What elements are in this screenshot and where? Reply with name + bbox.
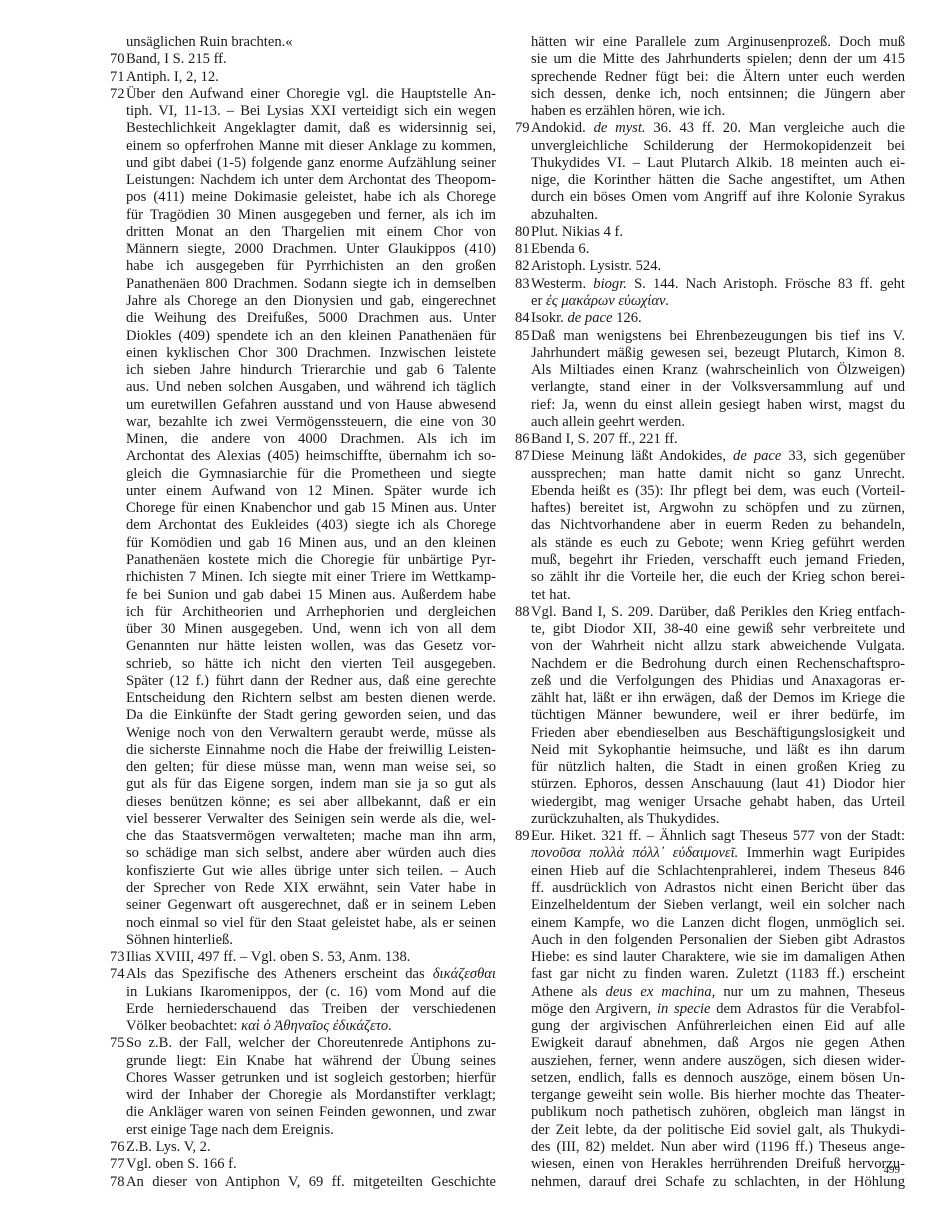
footnote-line: einem so opferfrohen Manne mit dieser An… xyxy=(126,138,496,155)
footnote-line: Vgl. oben S. 166 f. xyxy=(126,1156,496,1173)
footnote-line: möge den Argivern, in specie dem Adrasto… xyxy=(531,1001,905,1018)
footnote-line: Jahre als Chorege an den Dionysien und g… xyxy=(126,293,496,310)
footnote-number: 70 xyxy=(110,51,125,68)
footnote-76: 76Z.B. Lys. V, 2. xyxy=(110,1139,496,1156)
italic-text: de myst. xyxy=(594,120,646,136)
footnote-line: Diokles (409) spendete ich an den kleine… xyxy=(126,328,496,345)
footnote-line: so zählt ihr die Vorteile her, die euch … xyxy=(531,569,905,586)
footnote-number: 89 xyxy=(515,828,530,845)
footnote-line: Als das Spezifische des Atheners erschei… xyxy=(126,966,496,983)
footnote-line: So z.B. der Fall, welcher der Choreutenr… xyxy=(126,1035,496,1052)
footnote-line: An dieser von Antiphon V, 69 ff. mitgete… xyxy=(126,1174,496,1191)
footnote-continuation: hätten wir eine Parallele zum Arginusenp… xyxy=(515,34,905,120)
footnote-line: einen kyklischen Chor 300 Drachmen. Inzw… xyxy=(126,345,496,362)
italic-text: δικάζεσθαι xyxy=(433,966,496,982)
footnote-71: 71Antiph. I, 2, 12. xyxy=(110,69,496,86)
footnote-line: grunde liegt: Ein Knabe hat während der … xyxy=(126,1053,496,1070)
footnote-line: Genannten nur hätte leisten wollen, was … xyxy=(126,638,496,655)
footnote-line: ff. ausdrücklich von Adrastos nicht eine… xyxy=(531,880,905,897)
footnote-line: abzuhalten. xyxy=(531,207,905,224)
footnote-line: in Lukians Ikaromenippos, der (c. 16) vo… xyxy=(126,984,496,1001)
footnote-81: 81Ebenda 6. xyxy=(515,241,905,258)
footnote-line: von der Wahrheit nicht allzu stark abwei… xyxy=(531,638,905,655)
footnote-line: Erde herniederschauend das Treiben der v… xyxy=(126,1001,496,1018)
footnote-84: 84Isokr. de pace 126. xyxy=(515,310,905,327)
footnote-line: Panathenäen 800 Drachmen. Sodann siegte … xyxy=(126,276,496,293)
footnote-line: Antiph. I, 2, 12. xyxy=(126,69,496,86)
footnote-86: 86Band I, S. 207 ff., 221 ff. xyxy=(515,431,905,448)
footnote-line: und gibt dabei (1-5) folgende ganz enorm… xyxy=(126,155,496,172)
footnote-line: viel besserer Verwalter des Seinigen sei… xyxy=(126,811,496,828)
footnote-number: 81 xyxy=(515,241,530,258)
footnote-line: wiesen, einen von Herakles herrührenden … xyxy=(531,1156,905,1173)
footnote-number: 82 xyxy=(515,258,530,275)
footnote-line: er ἐς μακάρων εὐωχίαν. xyxy=(531,293,905,310)
footnote-87: 87Diese Meinung läßt Andokides, de pace … xyxy=(515,448,905,603)
footnote-line: Entscheidung den Richtern selbst am best… xyxy=(126,690,496,707)
footnote-number: 75 xyxy=(110,1035,125,1052)
footnote-line: auch allein geehrt werden. xyxy=(531,414,905,431)
footnote-line: haben es erzählen hören, wie ich. xyxy=(531,103,905,120)
footnote-line: te, gibt Diodor XII, 38-40 eine gewiß se… xyxy=(531,621,905,638)
footnote-line: war, bezahlte ich zwei Vermögenssteuern,… xyxy=(126,414,496,431)
footnote-line: che das Staatsvermögen verwalteten; mach… xyxy=(126,828,496,845)
footnote-line: konfiszierte Gut wie alles übrige unter … xyxy=(126,863,496,880)
footnote-line: Panathenäen kostete mich die Choregie fü… xyxy=(126,552,496,569)
footnote-line: Nachdem er die Bedrohung durch einen Rec… xyxy=(531,656,905,673)
italic-text: καὶ ὁ Ἀθηναῖος ἐδικάζετο. xyxy=(241,1018,392,1034)
footnote-line: setzen, endlich, falls es dennoch auszög… xyxy=(531,1070,905,1087)
footnote-line: unvergleichliche Schilderung der Hermoko… xyxy=(531,138,905,155)
footnote-line: Diese Meinung läßt Andokides, de pace 33… xyxy=(531,448,905,465)
footnote-line: ich sieben Jahre hindurch Trierarchie un… xyxy=(126,362,496,379)
footnote-number: 83 xyxy=(515,276,530,293)
footnote-line: nige, die Korinther hätten die Sache ang… xyxy=(531,172,905,189)
footnote-line: rief: Ja, wenn du einst allein gesiegt h… xyxy=(531,397,905,414)
footnote-line: für Komödien und gab 16 Minen aus, und a… xyxy=(126,535,496,552)
footnote-72: 72Über den Aufwand einer Choregie vgl. d… xyxy=(110,86,496,949)
italic-text: de pace xyxy=(567,310,612,326)
footnote-70: 70Band, I S. 215 ff. xyxy=(110,51,496,68)
footnote-line: sie um die Mitte des Jahrhunderts spiele… xyxy=(531,51,905,68)
italic-text: biogr. xyxy=(593,276,627,292)
footnote-line: Ewigkeit darauf abnehmen, daß Argos nie … xyxy=(531,1035,905,1052)
footnote-line: Über den Aufwand einer Choregie vgl. die… xyxy=(126,86,496,103)
footnote-line: Andokid. de myst. 36. 43 ff. 20. Man ver… xyxy=(531,120,905,137)
footnote-line: der Sprecher von Rede XIX erwähnt, sein … xyxy=(126,880,496,897)
footnote-line: Westerm. biogr. S. 144. Nach Aristoph. F… xyxy=(531,276,905,293)
footnote-line: so schädige man sich selbst, andere aber… xyxy=(126,845,496,862)
footnote-line: Athene als deus ex machina, nur um zu ma… xyxy=(531,984,905,1001)
footnote-line: Ebenda 6. xyxy=(531,241,905,258)
footnote-line: hätten wir eine Parallele zum Arginusenp… xyxy=(531,34,905,51)
footnote-85: 85Daß man wenigstens bei Ehrenbezeugunge… xyxy=(515,328,905,432)
footnote-line: zählt hat, läßt er ihn erwägen, daß der … xyxy=(531,690,905,707)
footnote-line: die sicherste Einnahme noch die Habe der… xyxy=(126,742,496,759)
footnote-line: Wenige noch von den Verwaltern geraubt w… xyxy=(126,725,496,742)
footnote-number: 76 xyxy=(110,1139,125,1156)
footnote-line: verlangte, stand einer in der Volksversa… xyxy=(531,379,905,396)
footnote-line: publikum noch pathetisch zuhören, obglei… xyxy=(531,1104,905,1121)
footnote-line: unter einem Aufwand von 12 Minen. Später… xyxy=(126,483,496,500)
footnote-line: rhichisten 7 Minen. Ich siegte mit einer… xyxy=(126,569,496,586)
footnote-line: Band I, S. 207 ff., 221 ff. xyxy=(531,431,905,448)
footnote-line: Als Miltiades einen Kranz (wahrscheinlic… xyxy=(531,362,905,379)
footnote-line: Aristoph. Lysistr. 524. xyxy=(531,258,905,275)
footnote-line: Jahrhundert mäßig gewesen sei, bezeugt P… xyxy=(531,345,905,362)
footnote-line: Auch in den folgenden Personalien der Si… xyxy=(531,932,905,949)
footnote-74: 74Als das Spezifische des Atheners ersch… xyxy=(110,966,496,1035)
footnote-line: tet hat. xyxy=(531,587,905,604)
footnote-line: der Zeit lebte, da der politische Eid so… xyxy=(531,1122,905,1139)
footnote-number: 87 xyxy=(515,448,530,465)
footnote-number: 80 xyxy=(515,224,530,241)
footnote-line: nehmen, darauf drei Schafe zu schlachten… xyxy=(531,1174,905,1191)
footnote-line: Chorege für einen Knabenchor und gab 15 … xyxy=(126,500,496,517)
footnote-line: dieses benützen könne; es sei aber allbe… xyxy=(126,794,496,811)
footnote-78: 78An dieser von Antiphon V, 69 ff. mitge… xyxy=(110,1174,496,1191)
footnote-line: gleich die Gymnasiarchie für die Prometh… xyxy=(126,466,496,483)
footnote-number: 84 xyxy=(515,310,530,327)
footnote-line: Ilias XVIII, 497 ff. – Vgl. oben S. 53, … xyxy=(126,949,496,966)
italic-text: ἐς μακάρων εὐωχίαν. xyxy=(546,293,669,309)
page-number: 499 xyxy=(860,1164,900,1176)
footnote-line: des (III, 82) meldet. Nun aber wird (119… xyxy=(531,1139,905,1156)
footnote-line: tiph. VI, 11-13. – Bei Lysias XXI vertei… xyxy=(126,103,496,120)
footnote-line: Minen, die andere von 4000 Drachmen. Als… xyxy=(126,431,496,448)
footnote-number: 73 xyxy=(110,949,125,966)
footnote-line: über 30 Minen ausgegeben. Und, wenn ich … xyxy=(126,621,496,638)
footnote-line: wiedergibt, mag weniger Ursache gehabt h… xyxy=(531,794,905,811)
footnote-number: 78 xyxy=(110,1174,125,1191)
footnote-line: dem Archontat des Eukleides (403) siegte… xyxy=(126,517,496,534)
footnote-line: Vgl. Band I, S. 209. Darüber, daß Perikl… xyxy=(531,604,905,621)
italic-text: deus ex machina, xyxy=(606,984,716,1000)
footnote-line: unsäglichen Ruin brachten.« xyxy=(126,34,496,51)
footnote-line: Ebenda heißt es (35): Ihr pflegt bei dem… xyxy=(531,483,905,500)
footnote-line: um euretwillen Gefahren ausstand und von… xyxy=(126,397,496,414)
footnote-79: 79Andokid. de myst. 36. 43 ff. 20. Man v… xyxy=(515,120,905,224)
footnote-line: aus. Und neben solchen Ausgaben, und wäh… xyxy=(126,379,496,396)
footnote-line: aussprechen; man hatte damit nicht so ga… xyxy=(531,466,905,483)
footnote-line: seiner Gegenwart oft ausgerechnet, daß e… xyxy=(126,897,496,914)
footnote-line: für Tragödien 30 Minen ausgegeben und fe… xyxy=(126,207,496,224)
footnote-line: Neid mit Sykophantie heimsuche, und läßt… xyxy=(531,742,905,759)
footnotes-right-column: hätten wir eine Parallele zum Arginusenp… xyxy=(515,34,905,1191)
footnote-line: die Weihung des Dreifußes, 5000 Drachmen… xyxy=(126,310,496,327)
footnote-number: 79 xyxy=(515,120,530,137)
footnote-line: haftes) bereitet ist, Argwohn zu schöpfe… xyxy=(531,500,905,517)
footnote-73: 73Ilias XVIII, 497 ff. – Vgl. oben S. 53… xyxy=(110,949,496,966)
footnote-line: gung der argivischen Anführerleichen ein… xyxy=(531,1018,905,1035)
footnote-line: Männern siegte, 2000 Drachmen. Unter Gla… xyxy=(126,241,496,258)
footnote-88: 88Vgl. Band I, S. 209. Darüber, daß Peri… xyxy=(515,604,905,828)
footnote-line: einen Hieb auf die Schlachtenprahlerei, … xyxy=(531,863,905,880)
footnote-number: 88 xyxy=(515,604,530,621)
footnote-83: 83Westerm. biogr. S. 144. Nach Aristoph.… xyxy=(515,276,905,311)
footnote-line: durch ein böses Omen vom Angriff auf ihr… xyxy=(531,189,905,206)
footnotes-left-column: unsäglichen Ruin brachten.«70Band, I S. … xyxy=(110,34,496,1191)
footnote-82: 82Aristoph. Lysistr. 524. xyxy=(515,258,905,275)
footnote-line: ausziehen, ferner, wenn andere auszögen,… xyxy=(531,1053,905,1070)
footnote-line: erst einige Tage nach dem Ereignis. xyxy=(126,1122,496,1139)
book-page: unsäglichen Ruin brachten.«70Band, I S. … xyxy=(0,0,935,1210)
footnote-line: Einzelheldentum der Sieben verlangt, wei… xyxy=(531,897,905,914)
footnote-80: 80Plut. Nikias 4 f. xyxy=(515,224,905,241)
footnote-line: den gelten; für diese müsse man, wenn ma… xyxy=(126,759,496,776)
footnote-line: Bestechlichkeit Angeklagter damit, daß e… xyxy=(126,120,496,137)
footnote-line: zeß und die Verfolgungen des Phidias und… xyxy=(531,673,905,690)
footnote-line: sich dessen, denke ich, noch entsinnen; … xyxy=(531,86,905,103)
footnote-line: Da die Einkünfte der Stadt gering geword… xyxy=(126,707,496,724)
footnote-line: Völker beobachtet: καὶ ὁ Ἀθηναῖος ἐδικάζ… xyxy=(126,1018,496,1035)
footnote-line: Leistungen: Nachdem ich unter dem Archon… xyxy=(126,172,496,189)
footnote-number: 71 xyxy=(110,69,125,86)
footnote-line: Hiebe: es sind lauter Charaktere, wie si… xyxy=(531,949,905,966)
footnote-number: 86 xyxy=(515,431,530,448)
footnote-89: 89Eur. Hiket. 321 ff. – Ähnlich sagt The… xyxy=(515,828,905,1191)
footnote-line: Archontat des Alexias (405) heimschiffte… xyxy=(126,448,496,465)
footnote-line: πονοῦσα πολλὰ πόλλ᾽ εὐδαιμονεῖ. Immerhin… xyxy=(531,845,905,862)
footnote-line: ich für Architheorien und Arrhephorien u… xyxy=(126,604,496,621)
footnote-line: Chores Wasser getrunken und ist sogleich… xyxy=(126,1070,496,1087)
footnote-number: 74 xyxy=(110,966,125,983)
footnote-line: tüchtigen Männer bewundere, weil er ihre… xyxy=(531,707,905,724)
footnote-line: als stände es euch zu Gebote; wenn Krieg… xyxy=(531,535,905,552)
italic-text: de pace xyxy=(733,448,781,464)
footnote-number: 85 xyxy=(515,328,530,345)
footnote-line: Plut. Nikias 4 f. xyxy=(531,224,905,241)
footnote-line: fast gar nicht zu finden waren. Zuletzt … xyxy=(531,966,905,983)
footnote-line: schrieb, so hätte ich nicht den vierten … xyxy=(126,656,496,673)
footnote-line: Z.B. Lys. V, 2. xyxy=(126,1139,496,1156)
footnote-line: dritten Monat an den Thargelien mit eine… xyxy=(126,224,496,241)
footnote-line: Söhnen hinterließ. xyxy=(126,932,496,949)
footnote-line: das Nichtvorhandene aber in euerm Reden … xyxy=(531,517,905,534)
footnote-line: Frieden aber ebendieselben aus Beschäfti… xyxy=(531,725,905,742)
footnote-77: 77Vgl. oben S. 166 f. xyxy=(110,1156,496,1173)
footnote-line: sprechende Redner fügt bei: die Ältern u… xyxy=(531,69,905,86)
footnote-line: muß, begehrt ihr Frieden, verschafft euc… xyxy=(531,552,905,569)
italic-text: in specie xyxy=(657,1001,711,1017)
footnote-line: Später (12 f.) führt dann der Redner aus… xyxy=(126,673,496,690)
footnote-line: wird der Inhaber der Choregie als Mordan… xyxy=(126,1087,496,1104)
footnote-line: Band, I S. 215 ff. xyxy=(126,51,496,68)
footnote-line: zurückzuhalten, als Thukydides. xyxy=(531,811,905,828)
footnote-line: Isokr. de pace 126. xyxy=(531,310,905,327)
footnote-line: gut als für das Eigene sorgen, indem man… xyxy=(126,776,496,793)
footnote-line: einem Kampfe, wo die Lanzen dicht flogen… xyxy=(531,915,905,932)
footnote-line: fe bei Sunion und gab dabei 15 Minen aus… xyxy=(126,587,496,604)
footnote-number: 77 xyxy=(110,1156,125,1173)
footnote-line: pos (411) meine Dokimasie geleistet, hab… xyxy=(126,189,496,206)
footnote-line: Daß man wenigstens bei Ehrenbezeugungen … xyxy=(531,328,905,345)
footnote-line: Thukydides VI. – Laut Plutarch Alkib. 18… xyxy=(531,155,905,172)
footnote-line: für nützlich halten, die Stadt in einen … xyxy=(531,759,905,776)
footnote-number: 72 xyxy=(110,86,125,103)
footnote-line: Eur. Hiket. 321 ff. – Ähnlich sagt These… xyxy=(531,828,905,845)
footnote-line: stürzen. Ephoros, dessen Anschauung (lau… xyxy=(531,776,905,793)
italic-text: πονοῦσα πολλὰ πόλλ᾽ εὐδαιμονεῖ. xyxy=(531,845,738,861)
footnote-75: 75So z.B. der Fall, welcher der Choreute… xyxy=(110,1035,496,1139)
footnote-line: tergange geweiht sein wolle. Bis hierher… xyxy=(531,1087,905,1104)
footnote-continuation: unsäglichen Ruin brachten.« xyxy=(110,34,496,51)
footnote-line: noch einmal so viel für den Staat geleis… xyxy=(126,915,496,932)
footnote-line: die Ankläger waren von seinen Feinden ge… xyxy=(126,1104,496,1121)
footnote-line: habe ich ausgegeben für Pyrrhichisten an… xyxy=(126,258,496,275)
